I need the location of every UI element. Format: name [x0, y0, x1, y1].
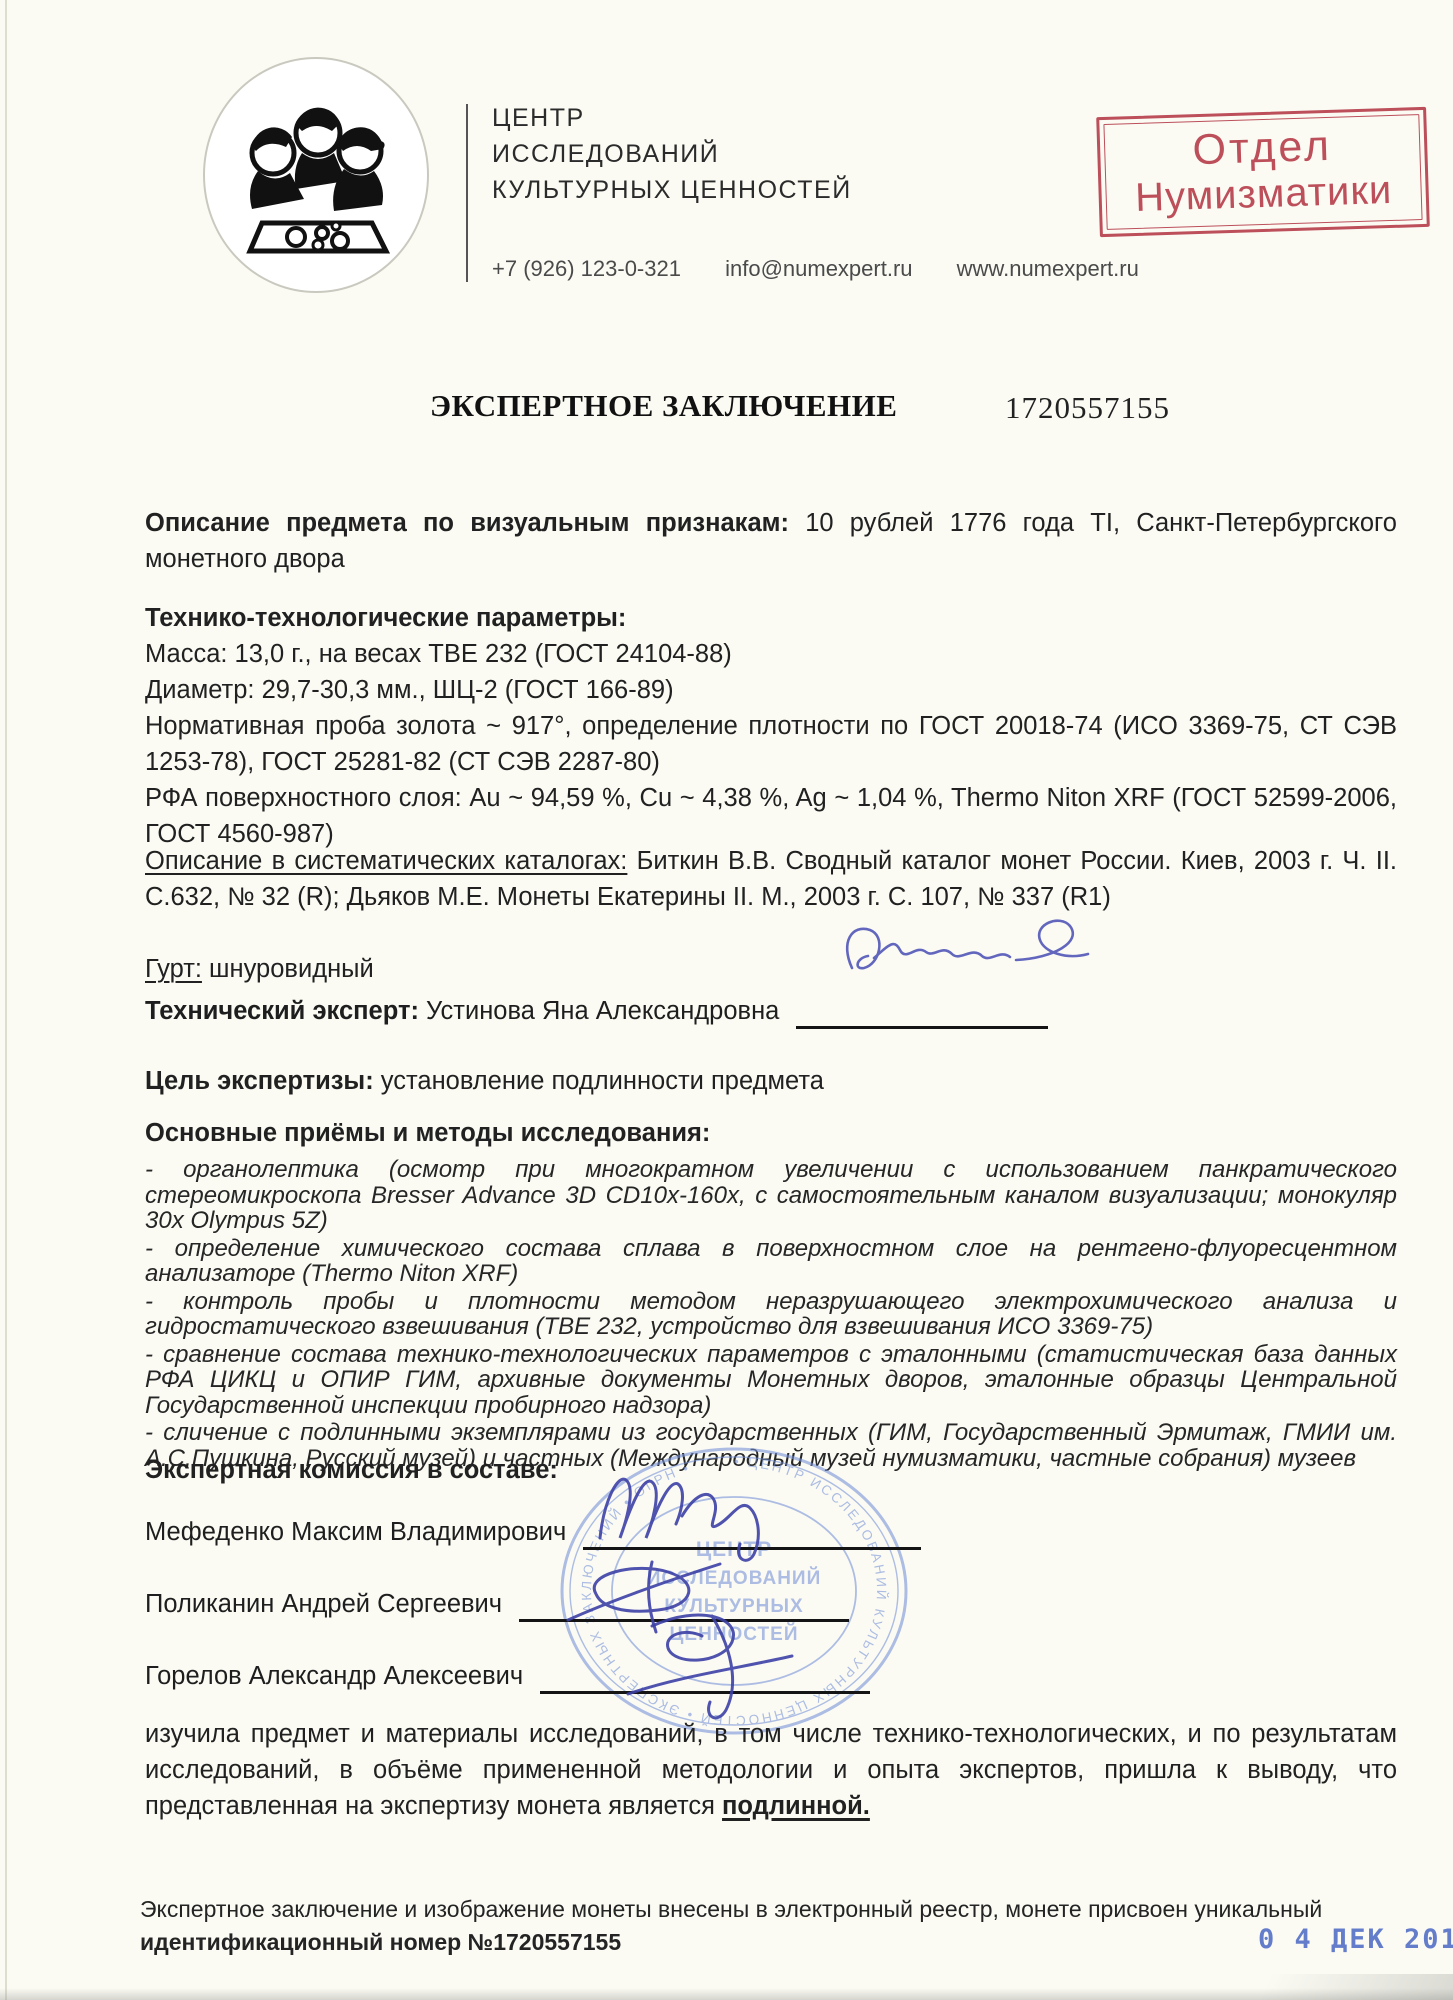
registry-note-line1: Экспертное заключение и изображение моне…	[140, 1893, 1400, 1926]
registry-note: Экспертное заключение и изображение моне…	[140, 1893, 1400, 1959]
document-title: ЭКСПЕРТНОЕ ЗАКЛЮЧЕНИЕ	[430, 388, 897, 424]
logo-illustration	[200, 55, 432, 295]
scan-edge-artifact	[1033, 1974, 1453, 2000]
description-paragraph: Описание предмета по визуальным признака…	[145, 505, 1397, 577]
catalogs-paragraph: Описание в систематических каталогах: Би…	[145, 843, 1397, 915]
conclusion-emphasis: подлинной.	[722, 1792, 870, 1820]
methods-heading: Основные приёмы и методы исследования:	[145, 1119, 710, 1147]
scanned-document-page: ЦЕНТР ИССЛЕДОВАНИЙ КУЛЬТУРНЫХ ЦЕННОСТЕЙ …	[0, 0, 1453, 2000]
member-name: Поликанин Андрей Сергеевич	[145, 1590, 502, 1618]
tech-param-line: Масса: 13,0 г., на весах ТВЕ 232 (ГОСТ 2…	[145, 636, 1397, 672]
scan-edge-artifact	[5, 0, 7, 2000]
edge-text: шнуровидный	[202, 955, 374, 983]
description-label: Описание предмета по визуальным признака…	[145, 509, 789, 537]
commission-member-row: Поликанин Андрей Сергеевич	[145, 1586, 849, 1622]
tech-params-heading: Технико-технологические параметры:	[145, 604, 626, 632]
tech-expert-name: Устинова Яна Александровна	[419, 997, 779, 1025]
conclusion-paragraph: изучила предмет и материалы исследований…	[145, 1716, 1397, 1824]
org-name-line: КУЛЬТУРНЫХ ЦЕННОСТЕЙ	[492, 172, 852, 208]
method-item: - сравнение состава технико-технологичес…	[145, 1342, 1397, 1419]
member-name: Горелов Александр Алексеевич	[145, 1662, 523, 1690]
org-name-line: ЦЕНТР	[492, 100, 852, 136]
purpose-text: установление подлинности предмета	[374, 1067, 824, 1095]
org-name-line: ИССЛЕДОВАНИЙ	[492, 136, 852, 172]
contact-line: +7 (926) 123-0-321 info@numexpert.ru www…	[492, 256, 1177, 282]
tech-expert-label: Технический эксперт:	[145, 997, 419, 1025]
methods-section: Основные приёмы и методы исследования: -…	[145, 1115, 1397, 1471]
tech-param-line: РФА поверхностного слоя: Au ~ 94,59 %, C…	[145, 780, 1397, 852]
purpose-line: Цель экспертизы: установление подлинност…	[145, 1063, 1397, 1099]
signature-line	[796, 996, 1048, 1029]
commission-member-row: Горелов Александр Алексеевич	[145, 1658, 870, 1694]
phone-number: +7 (926) 123-0-321	[492, 256, 681, 281]
commission-heading: Экспертная комиссия в составе:	[145, 1456, 558, 1484]
method-item: - контроль пробы и плотности методом нер…	[145, 1289, 1397, 1340]
commission-member-row: Мефеденко Максим Владимирович	[145, 1514, 921, 1550]
edge-label: Гурт:	[145, 955, 202, 983]
signature-line	[583, 1517, 921, 1550]
tech-param-line: Нормативная проба золота ~ 917°, определ…	[145, 708, 1397, 780]
catalogs-label: Описание в систематических каталогах:	[145, 847, 627, 875]
tech-param-line: Диаметр: 29,7-30,3 мм., ШЦ-2 (ГОСТ 166-8…	[145, 672, 1397, 708]
tech-params-section: Технико-технологические параметры: Масса…	[145, 600, 1397, 852]
department-stamp: Отдел Нумизматики	[1096, 107, 1430, 237]
document-number: 1720557155	[1005, 390, 1170, 426]
signature-line	[519, 1589, 849, 1622]
department-stamp-line1: Отдел	[1106, 120, 1419, 176]
registry-note-line2: идентификационный номер №1720557155	[140, 1926, 1400, 1959]
method-item: - органолептика (осмотр при многократном…	[145, 1157, 1397, 1234]
org-name: ЦЕНТР ИССЛЕДОВАНИЙ КУЛЬТУРНЫХ ЦЕННОСТЕЙ	[492, 100, 852, 208]
website-url: www.numexpert.ru	[957, 256, 1139, 281]
purpose-label: Цель экспертизы:	[145, 1067, 374, 1095]
tech-expert-line: Технический эксперт: Устинова Яна Алекса…	[145, 993, 1048, 1029]
date-stamp: 0 4 ДЕК 2019	[1258, 1924, 1453, 1955]
method-item: - определение химического состава сплава…	[145, 1236, 1397, 1287]
signature-line	[540, 1661, 870, 1694]
member-name: Мефеденко Максим Владимирович	[145, 1518, 566, 1546]
email-address: info@numexpert.ru	[725, 256, 912, 281]
header-divider	[466, 104, 468, 282]
edge-line: Гурт: шнуровидный	[145, 951, 1397, 987]
department-stamp-line2: Нумизматики	[1107, 166, 1420, 222]
round-stamp-center-line: ЦЕННОСТЕЙ	[670, 1623, 799, 1645]
